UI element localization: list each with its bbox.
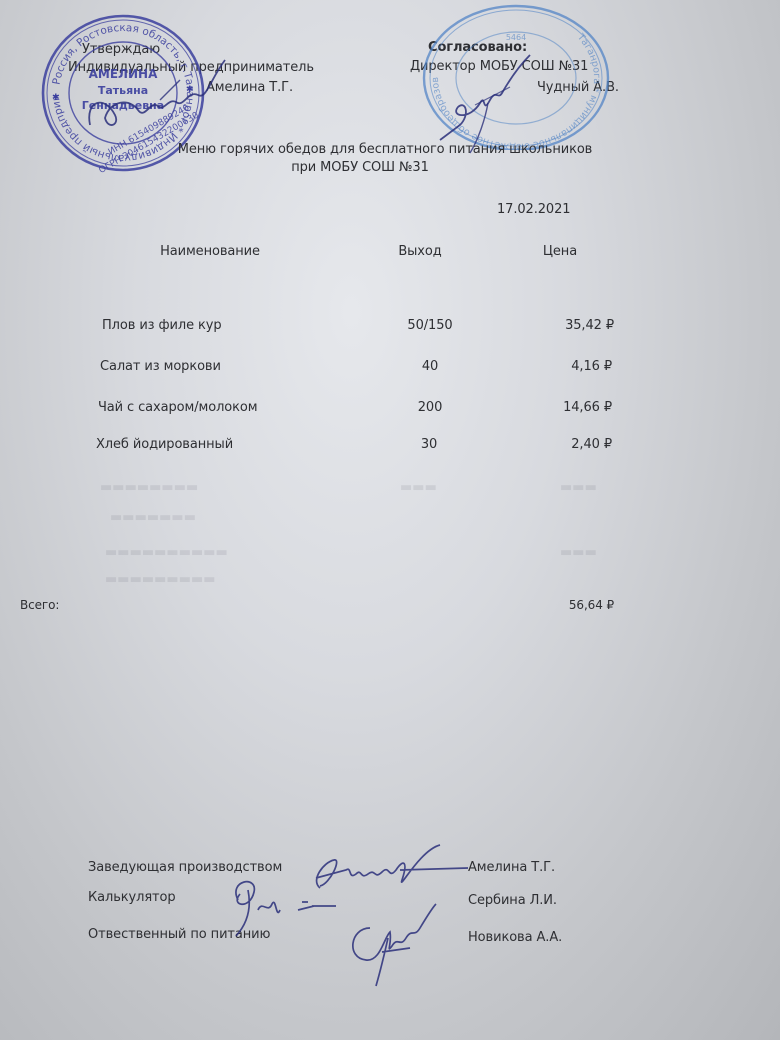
bleed-through-text: ▬▬▬▬▬▬▬▬ [100, 480, 198, 495]
approval-right-name: Чудный А.В. [537, 80, 619, 95]
svg-text:Татьяна: Татьяна [98, 84, 148, 97]
signatory-role: Калькулятор [88, 890, 176, 905]
cell-name: Чай с сахаром/молоком [98, 400, 257, 415]
signature-nutrition-icon [340, 898, 440, 988]
bleed-through-text: ▬▬▬▬▬▬▬▬▬▬ [105, 545, 228, 560]
cell-output: 30 [389, 437, 469, 452]
signatory-role: Заведующая производством [88, 860, 282, 875]
document-title: Меню горячих обедов для бесплатного пита… [150, 142, 620, 157]
document-date: 17.02.2021 [497, 202, 570, 217]
header-price: Цена [520, 244, 600, 259]
bleed-through-text: ▬▬▬▬▬▬▬ [110, 510, 196, 525]
signatory-role: Отвественный по питанию [88, 927, 270, 942]
document-subtitle: при МОБУ СОШ №31 [150, 160, 570, 175]
total-value: 56,64 ₽ [500, 598, 614, 612]
cell-output: 40 [390, 359, 470, 374]
signature-production-head-icon [290, 840, 470, 900]
cell-output: 50/150 [390, 318, 470, 333]
approval-left-role: Индивидуальный предприниматель [68, 60, 314, 75]
cell-name: Салат из моркови [100, 359, 221, 374]
cell-output: 200 [390, 400, 470, 415]
cell-price: 35,42 ₽ [500, 318, 614, 333]
bleed-through-text: ▬▬▬ [400, 480, 437, 495]
total-label: Всего: [20, 598, 59, 612]
round-stamp-right-icon: Таганрога * муниципальное бюджетное обще… [418, 2, 614, 150]
cell-price: 14,66 ₽ [500, 400, 612, 415]
cell-price: 4,16 ₽ [500, 359, 612, 374]
cell-name: Плов из филе кур [102, 318, 222, 333]
signatory-name: Амелина Т.Г. [468, 860, 555, 875]
approval-right-label: Согласовано: [428, 40, 527, 55]
approval-left-name: Амелина Т.Г. [206, 80, 293, 95]
signatory-name: Сербина Л.И. [468, 893, 557, 908]
cell-price: 2,40 ₽ [500, 437, 612, 452]
signatory-name: Новикова А.А. [468, 930, 562, 945]
bleed-through-text: ▬▬▬ [560, 545, 597, 560]
header-output: Выход [380, 244, 460, 259]
document-page: ▬▬▬▬▬▬▬▬ ▬▬▬▬▬▬▬ ▬▬▬▬▬▬▬▬▬▬ ▬▬▬▬▬▬▬▬▬ ▬▬… [0, 0, 780, 1040]
bleed-through-text: ▬▬▬ [560, 480, 597, 495]
header-name: Наименование [130, 244, 290, 259]
bleed-through-text: ▬▬▬▬▬▬▬▬▬ [105, 572, 216, 587]
svg-text:✱: ✱ [186, 85, 194, 95]
approval-left-label: Утверждаю [82, 42, 160, 57]
svg-text:Геннадьевна: Геннадьевна [82, 99, 164, 112]
cell-name: Хлеб йодированный [96, 437, 233, 452]
svg-text:✱: ✱ [52, 93, 60, 103]
svg-text:Таганрога * муниципальное бюдж: Таганрога * муниципальное бюджетное обще… [418, 2, 602, 150]
approval-right-role: Директор МОБУ СОШ №31 [410, 59, 588, 74]
